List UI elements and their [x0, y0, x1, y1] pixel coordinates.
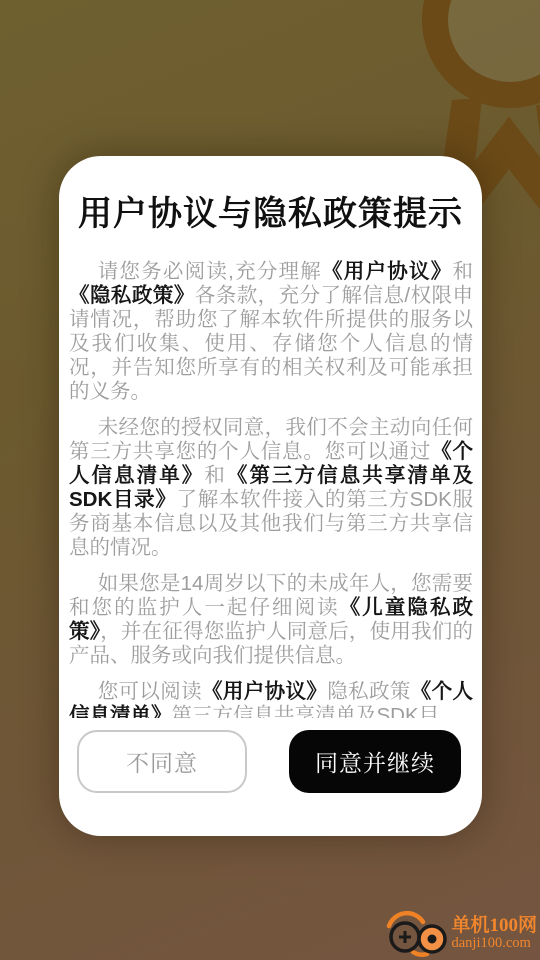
policy-text-segment: 隐私政策 [327, 680, 411, 703]
policy-text-segment: 未经您的授权同意，我们不会主动向任何第三方共享您的个人信息。您可以通过 [69, 416, 473, 463]
policy-text-segment: 和 [204, 464, 227, 487]
disagree-button[interactable]: 不同意 [77, 730, 247, 793]
dialog-button-row: 不同意 同意并继续 [77, 730, 461, 793]
dialog-title: 用户协议与隐私政策提示 [69, 192, 472, 236]
policy-paragraph: 请您务必阅读,充分理解《用户协议》和《隐私政策》各条款，充分了解信息/权限申请情… [69, 260, 473, 404]
policy-paragraph: 未经您的授权同意，我们不会主动向任何第三方共享您的个人信息。您可以通过《个人信息… [69, 416, 473, 560]
watermark-site-domain: danji100.com [451, 936, 537, 951]
app-screen: 用户协议与隐私政策提示 请您务必阅读,充分理解《用户协议》和《隐私政策》各条款，… [0, 0, 540, 960]
watermark-site-name: 单机100网 [451, 916, 537, 936]
watermark-text: 单机100网 danji100.com [451, 916, 537, 951]
policy-text-segment: ，并在征得您监护人同意后，使用我们的产品、服务或向我们提供信息。 [69, 620, 473, 667]
policy-paragraph: 如果您是14周岁以下的未成年人，您需要和您的监护人一起仔细阅读《儿童隐私政策》，… [69, 572, 473, 668]
policy-link[interactable]: 《用户协议》 [322, 260, 452, 283]
policy-link[interactable]: 《隐私政策》 [69, 284, 195, 307]
policy-text[interactable]: 请您务必阅读,充分理解《用户协议》和《隐私政策》各条款，充分了解信息/权限申请情… [69, 260, 473, 718]
site-watermark: 单机100网 danji100.com [383, 910, 537, 958]
privacy-dialog: 用户协议与隐私政策提示 请您务必阅读,充分理解《用户协议》和《隐私政策》各条款，… [59, 156, 482, 836]
policy-text-segment: 第三方信息共享清单及SDK目 [172, 704, 440, 718]
policy-text-segment: 您可以阅读 [98, 680, 202, 703]
policy-text-segment: 请您务必阅读,充分理解 [98, 260, 322, 283]
agree-continue-button[interactable]: 同意并继续 [289, 730, 461, 793]
policy-paragraph: 您可以阅读《用户协议》隐私政策《个人信息清单》第三方信息共享清单及SDK目 [69, 680, 473, 718]
danji100-logo-icon [383, 910, 449, 958]
policy-text-segment: 和 [453, 260, 474, 283]
policy-link[interactable]: 《用户协议》 [202, 680, 327, 703]
